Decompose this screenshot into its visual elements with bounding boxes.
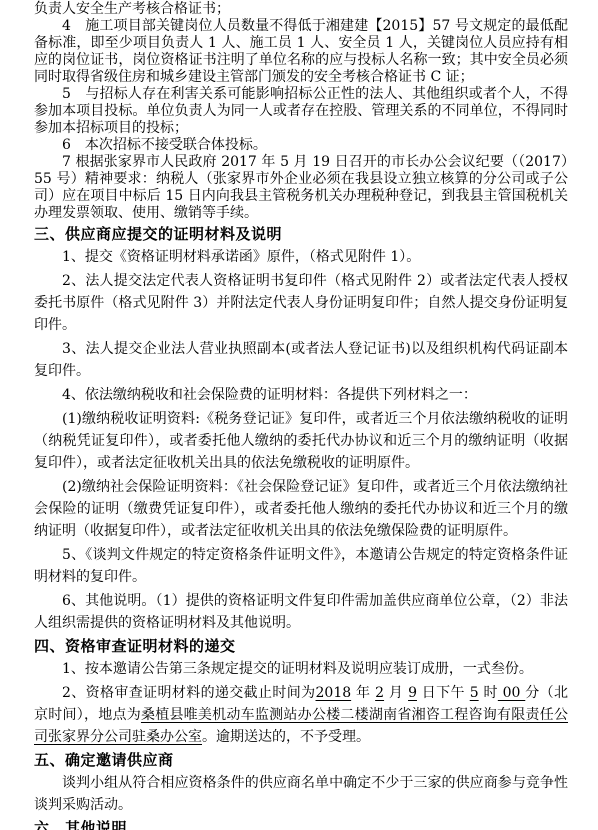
section-4-deadline-paragraph: 2、资格审查证明材料的递交截止时间为2018 年 2 月 9 日下午 5 时 0…: [34, 682, 568, 748]
continuation-line: 负责人安全生产考核合格证书；: [34, 1, 568, 18]
section-3-item-1: 1、提交《资格证明材料承诺函》原件，（格式见附件 1）。: [34, 246, 568, 268]
section-4-heading: 四、资格审查证明材料的递交: [34, 637, 568, 656]
section-3-item-3: 3、法人提交企业法人营业执照副本(或者法人登记证书)以及组织机构代码证副本复印件…: [34, 338, 568, 382]
section-5-heading: 五、确定邀请供应商: [34, 751, 568, 770]
deadline-day-label: 日下午: [417, 685, 470, 701]
clause-6: 6 本次招标不接受联合体投标。: [34, 137, 568, 154]
section-3-item-4-2: (2)缴纳社会保险证明资料：《社会保险登记证》复印件，或者近三个月依法缴纳社会保…: [34, 476, 568, 542]
deadline-hour-label: 时: [479, 685, 498, 701]
clause-4: 4 施工项目部关键岗位人员数量不得低于湘建建【2015】57 号文规定的最低配备…: [34, 18, 568, 86]
deadline-day-value: 9: [408, 685, 417, 701]
section-3-heading: 三、供应商应提交的证明材料及说明: [34, 225, 568, 244]
deadline-year-value: 2018: [316, 685, 352, 701]
deadline-hour-value: 5: [470, 685, 479, 701]
section-3-item-2: 2、法人提交法定代表人资格证明书复印件（格式见附件 2）或者法定代表人授权委托书…: [34, 270, 568, 336]
clause-5: 5 与招标人存在利害关系可能影响招标公正性的法人、其他组织或者个人，不得参加本项…: [34, 86, 568, 137]
document-page: 负责人安全生产考核合格证书； 4 施工项目部关键岗位人员数量不得低于湘建建【20…: [0, 0, 598, 830]
deadline-year-label: 年: [351, 685, 375, 701]
deadline-suffix-text: 。逾期送达的，不予受理。: [202, 729, 370, 745]
section-3-item-5: 5、《谈判文件规定的特定资格条件证明文件》，本邀请公告规定的特定资格条件证明材料…: [34, 544, 568, 588]
section-3-item-4-1: (1)缴纳税收证明资料:《税务登记证》复印件，或者近三个月依法缴纳税收的证明（纳…: [34, 408, 568, 474]
section-3-item-6: 6、其他说明。（1）提供的资格证明文件复印件需加盖供应商单位公章，（2）非法人组…: [34, 590, 568, 634]
section-6-heading: 六、其他说明: [34, 819, 568, 830]
deadline-month-label: 月: [384, 685, 408, 701]
section-5-body: 谈判小组从符合相应资格条件的供应商名单中确定不少于三家的供应商参与竞争性谈判采购…: [34, 772, 568, 816]
section-4-item-1: 1、按本邀请公告第三条规定提交的证明材料及说明应装订成册，一式叁份。: [34, 658, 568, 680]
deadline-month-value: 2: [375, 685, 384, 701]
section-3-item-4: 4、依法缴纳税收和社会保险费的证明材料：各提供下列材料之一：: [34, 384, 568, 406]
deadline-minute-value: 00: [498, 685, 525, 701]
clause-7: 7 根据张家界市人民政府 2017 年 5 月 19 日召开的市长办公会议纪要（…: [34, 154, 568, 222]
deadline-prefix-text: 2、资格审查证明材料的递交截止时间为: [62, 685, 316, 701]
